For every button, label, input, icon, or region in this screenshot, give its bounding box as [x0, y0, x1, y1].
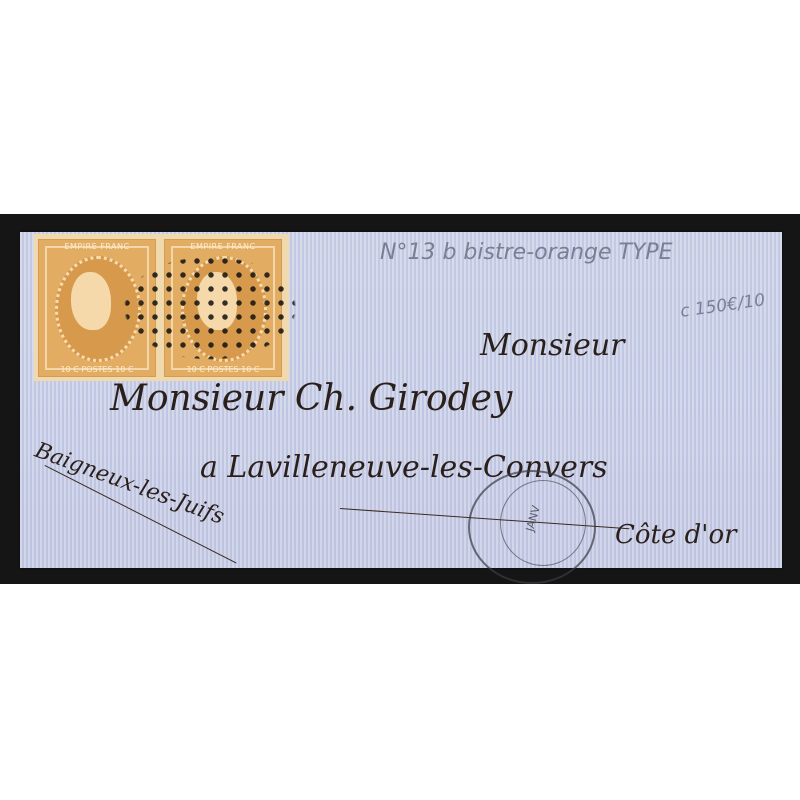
address-salutation: Monsieur	[480, 328, 625, 363]
dotted-cancel-icon	[60, 236, 320, 381]
postmark-inner-ring-icon	[500, 480, 586, 566]
address-name: Monsieur Ch. Girodey	[110, 378, 512, 419]
address-department: Côte d'or	[615, 520, 737, 550]
pencil-note-catalog: N°13 b bistre-orange TYPE	[380, 240, 673, 265]
